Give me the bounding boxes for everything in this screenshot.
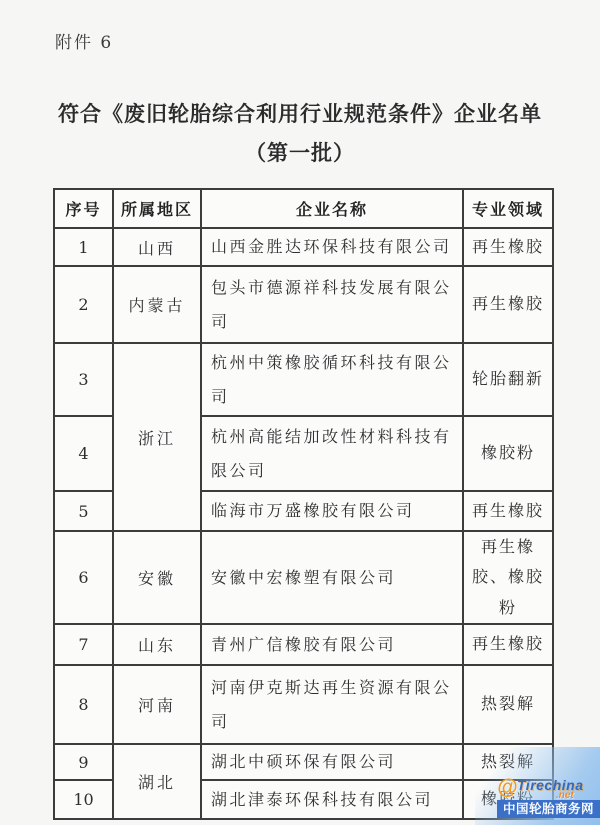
row-company: 安徽中宏橡塑有限公司 (201, 531, 463, 624)
row-company: 湖北津泰环保科技有限公司 (201, 780, 463, 819)
table-row: 9 湖北 湖北中硕环保有限公司 热裂解 (54, 744, 553, 780)
row-region: 河南 (113, 665, 201, 744)
row-no: 6 (54, 531, 113, 624)
table-row: 2 内蒙古 包头市德源祥科技发展有限公司 再生橡胶 (54, 266, 553, 343)
header-no: 序号 (54, 189, 113, 228)
row-region-merged: 浙江 (113, 343, 201, 531)
row-field: 再生橡胶 (463, 266, 553, 343)
row-no: 4 (54, 416, 113, 491)
row-company: 山西金胜达环保科技有限公司 (201, 228, 463, 266)
table-row: 8 河南 河南伊克斯达再生资源有限公司 热裂解 (54, 665, 553, 744)
row-field: 再生橡胶 (463, 228, 553, 266)
row-no: 1 (54, 228, 113, 266)
table-header-row: 序号 所属地区 企业名称 专业领域 (54, 189, 553, 228)
row-region: 内蒙古 (113, 266, 201, 343)
table-row: 7 山东 青州广信橡胶有限公司 再生橡胶 (54, 624, 553, 665)
table-row: 6 安徽 安徽中宏橡塑有限公司 再生橡胶、橡胶粉 (54, 531, 553, 624)
document-title: 符合《废旧轮胎综合利用行业规范条件》企业名单 (0, 98, 600, 128)
row-no: 8 (54, 665, 113, 744)
table-row: 3 浙江 杭州中策橡胶循环科技有限公司 轮胎翻新 (54, 343, 553, 416)
header-company: 企业名称 (201, 189, 463, 228)
table-row: 1 山西 山西金胜达环保科技有限公司 再生橡胶 (54, 228, 553, 266)
row-no: 2 (54, 266, 113, 343)
row-company: 河南伊克斯达再生资源有限公司 (201, 665, 463, 744)
row-no: 5 (54, 491, 113, 531)
row-field: 热裂解 (463, 665, 553, 744)
row-field: 再生橡胶 (463, 624, 553, 665)
tirechina-at-icon: @ (497, 776, 517, 800)
row-region: 山西 (113, 228, 201, 266)
header-field: 专业领域 (463, 189, 553, 228)
row-field: 热裂解 (463, 744, 553, 780)
row-no: 3 (54, 343, 113, 416)
row-company: 杭州中策橡胶循环科技有限公司 (201, 343, 463, 416)
row-company: 杭州高能结加改性材料科技有限公司 (201, 416, 463, 491)
row-field: 轮胎翻新 (463, 343, 553, 416)
row-field: 再生橡胶、橡胶粉 (463, 531, 553, 624)
scanned-document-page: { "page": { "attachment_label": "附件 6", … (0, 0, 600, 825)
header-region: 所属地区 (113, 189, 201, 228)
row-field: 再生橡胶 (463, 491, 553, 531)
row-company: 临海市万盛橡胶有限公司 (201, 491, 463, 531)
row-no: 7 (54, 624, 113, 665)
watermark-site-name: 中国轮胎商务网 (497, 800, 600, 818)
row-no: 10 (54, 780, 113, 819)
row-no: 9 (54, 744, 113, 780)
row-region-merged: 湖北 (113, 744, 201, 819)
attachment-label: 附件 6 (55, 28, 113, 53)
row-field: 橡胶粉 (463, 416, 553, 491)
row-company: 包头市德源祥科技发展有限公司 (201, 266, 463, 343)
row-region: 安徽 (113, 531, 201, 624)
row-company: 青州广信橡胶有限公司 (201, 624, 463, 665)
document-subtitle: （第一批） (0, 137, 600, 167)
enterprise-roster-table: 序号 所属地区 企业名称 专业领域 1 山西 山西金胜达环保科技有限公司 再生橡… (53, 188, 554, 820)
row-company: 湖北中硕环保有限公司 (201, 744, 463, 780)
row-region: 山东 (113, 624, 201, 665)
